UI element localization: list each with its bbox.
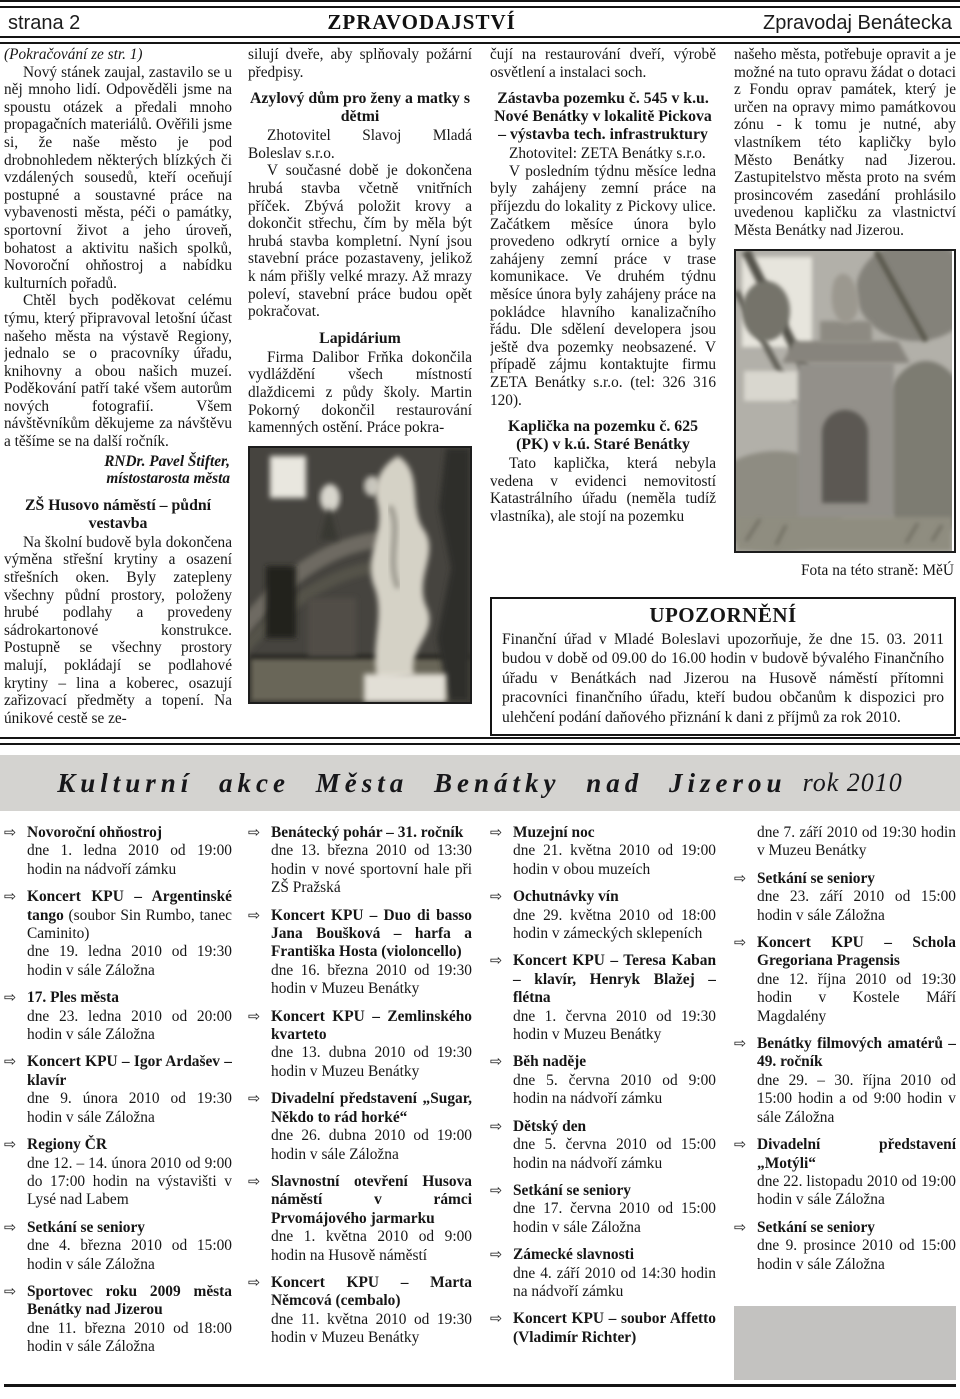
event-item: ⇨Dětský dendne 5. června 2010 od 15:00 h… bbox=[490, 1118, 716, 1173]
event-title: Divadelní představení „Sugar, Někdo to r… bbox=[271, 1090, 472, 1127]
news-column-1: (Pokračování ze str. 1)Nový stánek zauja… bbox=[4, 46, 232, 736]
masthead: strana 2 ZPRAVODAJSTVÍ Zpravodaj Benátec… bbox=[0, 0, 960, 44]
arrow-bullet-icon: ⇨ bbox=[490, 888, 502, 906]
event-item: ⇨Sportovec roku 2009 města Benátky nad J… bbox=[4, 1283, 232, 1357]
arrow-bullet-icon: ⇨ bbox=[490, 824, 502, 842]
event-item: ⇨Koncert KPU – Igor Ardašev – klavírdne … bbox=[4, 1053, 232, 1127]
event-item: ⇨Zámecké slavnostidne 4. září 2010 od 14… bbox=[490, 1246, 716, 1301]
mid-divider-rule bbox=[0, 737, 960, 745]
event-detail: dne 1. června 2010 od 19:30 hodin v Muze… bbox=[513, 1008, 716, 1045]
news-paragraph: Zhotovitel: ZETA Benátky s.r.o. bbox=[490, 145, 716, 163]
lapidarium-photo bbox=[248, 446, 472, 704]
event-title: Běh naděje bbox=[513, 1053, 716, 1071]
event-title: Dětský den bbox=[513, 1118, 716, 1136]
event-detail: dne 4. března 2010 od 15:00 hodin v sále… bbox=[27, 1237, 232, 1274]
event-title: Benátky filmových amatérů – 49. ročník bbox=[757, 1035, 956, 1072]
news-paragraph: V současné době je dokončena hrubá stavb… bbox=[248, 162, 472, 320]
event-item: ⇨17. Ples městadne 23. ledna 2010 od 20:… bbox=[4, 989, 232, 1044]
event-detail: dne 29. května 2010 od 18:00 hodin v zám… bbox=[513, 907, 716, 944]
events-section: ⇨Novoroční ohňostrojdne 1. ledna 2010 od… bbox=[0, 824, 960, 1380]
event-item: ⇨Setkání se seniorydne 17. června 2010 o… bbox=[490, 1182, 716, 1237]
masthead-bottom-rule bbox=[0, 36, 960, 44]
event-detail: dne 13. dubna 2010 od 19:30 hodin v Muze… bbox=[271, 1044, 472, 1081]
arrow-bullet-icon: ⇨ bbox=[734, 934, 746, 952]
event-item: ⇨Koncert KPU – Teresa Kaban – klavír, He… bbox=[490, 952, 716, 1044]
news-paragraph: Zhotovitel Slavoj Mladá Boleslav s.r.o. bbox=[248, 127, 472, 162]
article-heading: Zástavba pozemku č. 545 v k.u. Nové Bená… bbox=[490, 90, 716, 144]
arrow-bullet-icon: ⇨ bbox=[734, 1136, 746, 1154]
event-detail: dne 5. června 2010 od 15:00 hodin na nád… bbox=[513, 1136, 716, 1173]
section-title: ZPRAVODAJSTVÍ bbox=[327, 10, 515, 35]
event-title: Setkání se seniory bbox=[757, 870, 956, 888]
event-detail: dne 9. února 2010 od 19:30 hodin v sále … bbox=[27, 1090, 232, 1127]
event-title: Koncert KPU – Teresa Kaban – klavír, Hen… bbox=[513, 952, 716, 1007]
newspaper-page: strana 2 ZPRAVODAJSTVÍ Zpravodaj Benátec… bbox=[0, 0, 960, 1399]
event-detail: dne 26. dubna 2010 od 19:00 hodin v sále… bbox=[271, 1127, 472, 1164]
event-item: ⇨Koncert KPU – Zemlinského kvartetodne 1… bbox=[248, 1008, 472, 1082]
event-item: ⇨Koncert KPU – Duo di basso Jana Bouškov… bbox=[248, 907, 472, 999]
event-detail: dne 16. března 2010 od 19:30 hodin v Muz… bbox=[271, 962, 472, 999]
notice-box: UPOZORNĚNÍ Finanční úřad v Mladé Bolesla… bbox=[490, 597, 956, 736]
arrow-bullet-icon: ⇨ bbox=[734, 870, 746, 888]
article-heading: Lapidárium bbox=[248, 330, 472, 348]
arrow-bullet-icon: ⇨ bbox=[248, 907, 260, 925]
publication-name: Zpravodaj Benátecka bbox=[763, 12, 952, 35]
notice-text: Finanční úřad v Mladé Boleslavi upozorňu… bbox=[502, 630, 944, 727]
arrow-bullet-icon: ⇨ bbox=[4, 1219, 16, 1237]
news-paragraph-continuation: čují na restaurování dveří, výrobě osvět… bbox=[490, 46, 716, 81]
arrow-bullet-icon: ⇨ bbox=[4, 1136, 16, 1154]
page-number: strana 2 bbox=[8, 12, 80, 35]
article-heading: Kaplička na pozemku č. 625 (PK) v k.ú. S… bbox=[490, 418, 716, 454]
event-detail: dne 1. ledna 2010 od 19:00 hodin na nádv… bbox=[27, 842, 232, 879]
event-title: Sportovec roku 2009 města Benátky nad Ji… bbox=[27, 1283, 232, 1320]
signature-line: RNDr. Pavel Štifter, bbox=[4, 453, 230, 471]
event-detail: dne 22. listopadu 2010 od 19:00 hodin v … bbox=[757, 1173, 956, 1210]
events-column-2: ⇨Benátecký pohár – 31. ročníkdne 13. bře… bbox=[248, 824, 472, 1380]
event-title: Setkání se seniory bbox=[27, 1219, 232, 1237]
arrow-bullet-icon: ⇨ bbox=[4, 989, 16, 1007]
signature-line: místostarosta města bbox=[4, 470, 230, 488]
event-detail: dne 19. ledna 2010 od 19:30 hodin v sále… bbox=[27, 943, 232, 980]
news-paragraph-continuation: silují dveře, aby splňovaly požární před… bbox=[248, 46, 472, 81]
event-detail: dne 9. prosince 2010 od 15:00 hodin v sá… bbox=[757, 1237, 956, 1274]
chapel-photo bbox=[734, 249, 956, 553]
event-detail: dne 12. října 2010 od 19:30 hodin v Kost… bbox=[757, 971, 956, 1026]
article-heading: ZŠ Husovo náměstí – půdní vestavba bbox=[4, 497, 232, 533]
arrow-bullet-icon: ⇨ bbox=[490, 1118, 502, 1136]
event-detail: dne 23. ledna 2010 od 20:00 hodin v sále… bbox=[27, 1008, 232, 1045]
arrow-bullet-icon: ⇨ bbox=[734, 1219, 746, 1237]
event-item: ⇨Benátky filmových amatérů – 49. ročníkd… bbox=[734, 1035, 956, 1127]
event-detail: dne 21. května 2010 od 19:00 hodin v obo… bbox=[513, 842, 716, 879]
event-item: ⇨Regiony ČRdne 12. – 14. února 2010 od 9… bbox=[4, 1136, 232, 1210]
news-column-2: silují dveře, aby splňovaly požární před… bbox=[248, 46, 472, 736]
event-item: ⇨Muzejní nocdne 21. května 2010 od 19:00… bbox=[490, 824, 716, 879]
event-title: Novoroční ohňostroj bbox=[27, 824, 232, 842]
event-item: dne 7. září 2010 od 19:30 hodin v Muzeu … bbox=[734, 824, 956, 861]
arrow-bullet-icon: ⇨ bbox=[490, 1053, 502, 1071]
event-detail: dne 7. září 2010 od 19:30 hodin v Muzeu … bbox=[757, 824, 956, 861]
event-detail: dne 13. března 2010 od 13:30 hodin v nov… bbox=[271, 842, 472, 897]
arrow-bullet-icon: ⇨ bbox=[4, 1283, 16, 1301]
event-item: ⇨Koncert KPU – Argentinské tango (soubor… bbox=[4, 888, 232, 980]
event-item: ⇨Benátecký pohár – 31. ročníkdne 13. bře… bbox=[248, 824, 472, 898]
event-title: Benátecký pohár – 31. ročník bbox=[271, 824, 472, 842]
news-paragraph: Nový stánek zaujal, zastavilo se u něj m… bbox=[4, 64, 232, 293]
notice-title: UPOZORNĚNÍ bbox=[502, 603, 944, 628]
signature: RNDr. Pavel Štifter,místostarosta města bbox=[4, 453, 230, 488]
event-detail: dne 23. září 2010 od 15:00 hodin v sále … bbox=[757, 888, 956, 925]
event-title: Zámecké slavnosti bbox=[513, 1246, 716, 1264]
event-detail: dne 11. března 2010 od 18:00 hodin v sál… bbox=[27, 1320, 232, 1357]
event-detail: dne 11. května 2010 od 19:30 hodin v Muz… bbox=[271, 1311, 472, 1348]
event-title: Koncert KPU – Duo di basso Jana Boušková… bbox=[271, 907, 472, 962]
bottom-rule bbox=[4, 1384, 956, 1387]
event-item: ⇨Divadelní představení „Motýli“dne 22. l… bbox=[734, 1136, 956, 1210]
event-item: ⇨Běh nadějedne 5. června 2010 od 9:00 ho… bbox=[490, 1053, 716, 1108]
event-item: ⇨Koncert KPU – soubor Affetto (Vladimír … bbox=[490, 1310, 716, 1347]
events-banner-year: rok 2010 bbox=[803, 768, 903, 798]
event-detail: dne 17. června 2010 od 15:00 hodin v sál… bbox=[513, 1200, 716, 1237]
continued-note: (Pokračování ze str. 1) bbox=[4, 46, 232, 64]
event-item: ⇨Koncert KPU – Marta Němcová (cembalo)dn… bbox=[248, 1274, 472, 1348]
event-title: Regiony ČR bbox=[27, 1136, 232, 1154]
article-heading: Azylový dům pro ženy a matky s dětmi bbox=[248, 90, 472, 126]
event-item: ⇨Ochutnávky víndne 29. května 2010 od 18… bbox=[490, 888, 716, 943]
event-title: Koncert KPU – Igor Ardašev – klavír bbox=[27, 1053, 232, 1090]
arrow-bullet-icon: ⇨ bbox=[490, 1182, 502, 1200]
arrow-bullet-icon: ⇨ bbox=[4, 888, 16, 906]
news-paragraph: V posledním týdnu měsíce ledna byly zahá… bbox=[490, 163, 716, 409]
event-detail: dne 4. září 2010 od 14:30 hodin na nádvo… bbox=[513, 1265, 716, 1302]
event-title: Koncert KPU – soubor Affetto (Vladimír R… bbox=[513, 1310, 716, 1347]
event-item: ⇨Setkání se seniorydne 9. prosince 2010 … bbox=[734, 1219, 956, 1274]
event-item: ⇨Koncert KPU – Schola Gregoriana Pragens… bbox=[734, 934, 956, 1026]
photo-caption: Fota na této straně: MěÚ bbox=[734, 562, 954, 580]
news-paragraph-continuation: našeho města, potřebuje opravit a je mož… bbox=[734, 46, 956, 240]
event-title: Slavnostní otevření Husova náměstí v rám… bbox=[271, 1173, 472, 1228]
news-paragraph: Firma Dalibor Frňka dokončila vydláždění… bbox=[248, 349, 472, 437]
events-column-4: dne 7. září 2010 od 19:30 hodin v Muzeu … bbox=[734, 824, 956, 1380]
event-item: ⇨Novoroční ohňostrojdne 1. ledna 2010 od… bbox=[4, 824, 232, 879]
arrow-bullet-icon: ⇨ bbox=[490, 1246, 502, 1264]
news-section: (Pokračování ze str. 1)Nový stánek zauja… bbox=[0, 46, 960, 736]
news-paragraph: Na školní budově byla dokončena výměna s… bbox=[4, 534, 232, 728]
arrow-bullet-icon: ⇨ bbox=[248, 1173, 260, 1191]
event-item: ⇨Setkání se seniorydne 4. března 2010 od… bbox=[4, 1219, 232, 1274]
news-paragraph: Chtěl bych poděkovat celému týmu, který … bbox=[4, 292, 232, 450]
arrow-bullet-icon: ⇨ bbox=[490, 1310, 502, 1328]
event-title: 17. Ples města bbox=[27, 989, 232, 1007]
arrow-bullet-icon: ⇨ bbox=[4, 1053, 16, 1071]
event-item: ⇨Setkání se seniorydne 23. září 2010 od … bbox=[734, 870, 956, 925]
arrow-bullet-icon: ⇨ bbox=[4, 824, 16, 842]
arrow-bullet-icon: ⇨ bbox=[248, 1274, 260, 1292]
arrow-bullet-icon: ⇨ bbox=[734, 1035, 746, 1053]
event-title: Divadelní představení „Motýli“ bbox=[757, 1136, 956, 1173]
gray-placeholder bbox=[734, 1306, 956, 1380]
event-title: Koncert KPU – Schola Gregoriana Pragensi… bbox=[757, 934, 956, 971]
event-detail: dne 5. června 2010 od 9:00 hodin na nádv… bbox=[513, 1072, 716, 1109]
event-title: Koncert KPU – Argentinské tango (soubor … bbox=[27, 888, 232, 943]
events-column-3: ⇨Muzejní nocdne 21. května 2010 od 19:00… bbox=[490, 824, 716, 1380]
event-item: ⇨Slavnostní otevření Husova náměstí v rá… bbox=[248, 1173, 472, 1265]
event-detail: dne 29. – 30. října 2010 od 15:00 hodin … bbox=[757, 1072, 956, 1127]
events-banner: Kulturní akce Města Benátky nad Jizerou … bbox=[0, 755, 960, 811]
arrow-bullet-icon: ⇨ bbox=[490, 952, 502, 970]
event-note: (soubor Sin Rumbo, tanec Caminito) bbox=[27, 907, 232, 942]
event-title: Setkání se seniory bbox=[757, 1219, 956, 1237]
arrow-bullet-icon: ⇨ bbox=[248, 1090, 260, 1108]
event-title: Ochutnávky vín bbox=[513, 888, 716, 906]
event-title: Koncert KPU – Marta Němcová (cembalo) bbox=[271, 1274, 472, 1311]
arrow-bullet-icon: ⇨ bbox=[248, 824, 260, 842]
event-detail: dne 1. května 2010 od 9:00 hodin na Huso… bbox=[271, 1228, 472, 1265]
event-title: Koncert KPU – Zemlinského kvarteto bbox=[271, 1008, 472, 1045]
event-item: ⇨Divadelní představení „Sugar, Někdo to … bbox=[248, 1090, 472, 1164]
event-title: Muzejní noc bbox=[513, 824, 716, 842]
events-column-1: ⇨Novoroční ohňostrojdne 1. ledna 2010 od… bbox=[4, 824, 232, 1380]
news-paragraph: Tato kaplička, která nebyla vedena v evi… bbox=[490, 455, 716, 525]
arrow-bullet-icon: ⇨ bbox=[248, 1008, 260, 1026]
masthead-top-rule bbox=[0, 0, 960, 8]
event-title: Setkání se seniory bbox=[513, 1182, 716, 1200]
event-detail: dne 12. – 14. února 2010 od 9:00 do 17:0… bbox=[27, 1155, 232, 1210]
events-banner-title: Kulturní akce Města Benátky nad Jizerou bbox=[57, 768, 786, 799]
